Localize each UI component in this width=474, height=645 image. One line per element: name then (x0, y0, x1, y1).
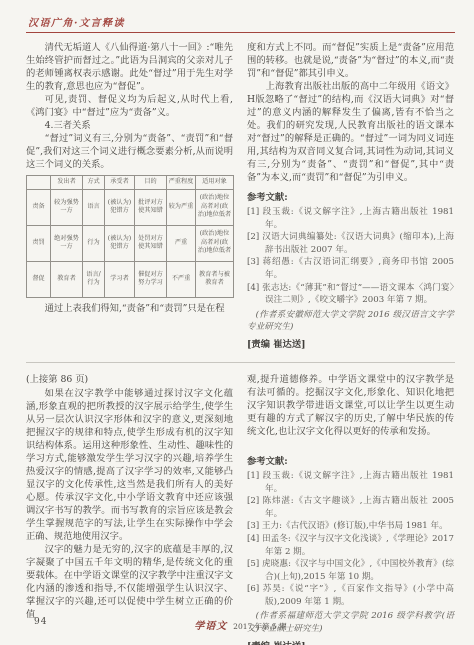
table-cell: 教育者 (51, 261, 83, 297)
journal-reference: 学语文 2017 年第 5 期 (26, 617, 455, 632)
paragraph: 度和方式上不同。而“督促”实质上是“责备”应用范围的转移。也就是说,“责备”为“… (247, 41, 454, 80)
table-cell: 较为严重 (167, 189, 196, 225)
table-cell: 批评对方使其知错 (135, 189, 167, 225)
table-cell: 督促 (27, 261, 51, 297)
editor-credit: [责编 崔达送] (247, 338, 454, 351)
table-header-cell (27, 176, 51, 190)
kicker-rule (26, 32, 455, 33)
paragraph: 清代无垢道人《八仙得道·第八十一回》:“唯先生始终管护而督过之。”此语为吕洞宾的… (26, 41, 233, 93)
table-cell: 教育者与被教育者 (196, 261, 234, 297)
reference-item: [5] 虎晓惠:《汉字与中国文化》,《中国校外教育》(综合)(上旬),2015 … (247, 558, 454, 583)
table-header-cell: 目的 (135, 176, 167, 190)
paragraph: 如果在汉字教学中能够通过探讨汉字文化蕴涵,形象直观的把所教授的汉字展示给学生,使… (26, 387, 233, 543)
article2-section: (上接第 86 页) 如果在汉字教学中能够通过探讨汉字文化蕴涵,形象直观的把所教… (26, 373, 455, 645)
subheading: 4.三者关系 (26, 119, 233, 132)
journal-name: 学语文 (194, 621, 227, 632)
reference-item: [4] 田孟冬:《汉字与汉字文化浅谈》,《学理论》2017 年第 2 期。 (247, 533, 454, 558)
table-header-cell: 方式 (83, 176, 105, 190)
table-header-cell: 严重程度 (167, 176, 196, 190)
paragraph: 观,提升道德修养。中学语文课堂中的汉字教学是有法可循的。挖掘汉字文化,形象化、知… (247, 373, 454, 438)
table-cell: 较为强势一方 (51, 189, 83, 225)
paragraph: 可见,责罚、督促义均为后起义,从时代上看,《鸿门宴》中“督过”应为“责备”义。 (26, 93, 233, 119)
journal-page: 汉语广角·文言释读 清代无垢道人《八仙得道·第八十一回》:“唯先生始终管护而督过… (0, 0, 474, 645)
table-cell: 绝对强势一方 (51, 225, 83, 261)
table-row: 督促 教育者 语言/行为 学习者 催促对方努力学习 不严重 教育者与被教育者 (27, 261, 234, 297)
reference-item: [4] 张志达:《“薄萁”和“督过”——语文课本〈鸿门宴〉误注二则》,《咬文嚼字… (247, 282, 454, 307)
table-cell: (被认为)犯错方 (105, 225, 135, 261)
editor-credit: [责编 崔达送] (247, 640, 454, 645)
continued-from-note: (上接第 86 页) (26, 373, 233, 386)
concept-analysis-table: 发出者 方式 承受者 目的 严重程度 适用对象 责备 较为强势一方 语言 (被认… (26, 175, 234, 298)
reference-item: [1] 段玉裁:《说文解字注》,上海古籍出版社 1981 年。 (247, 470, 454, 495)
reference-item: [2] 陈炜湛:《古文字趣谈》,上海古籍出版社 2005 年。 (247, 495, 454, 520)
reference-item: [3] 王力:《古代汉语》(修订版),中华书局 1981 年。 (247, 520, 454, 533)
reference-item: [1] 段玉裁:《说文解字注》,上海古籍出版社 1981 年。 (247, 206, 454, 231)
table-cell: 语言/行为 (83, 261, 105, 297)
table-cell: 处罚对方使其知错 (135, 225, 167, 261)
spacer (247, 438, 454, 448)
article1-right-column: 度和方式上不同。而“督促”实质上是“责备”应用范围的转移。也就是说,“责备”为“… (247, 41, 454, 351)
table-cell: 语言 (83, 189, 105, 225)
table-cell: 学习者 (105, 261, 135, 297)
table-row: 责备 较为强势一方 语言 (被认为)犯错方 批评对方使其知错 较为严重 (政治)… (27, 189, 234, 225)
article2-right-column: 观,提升道德修养。中学语文课堂中的汉字教学是有法可循的。挖掘汉字文化,形象化、知… (247, 373, 454, 645)
table-cell: 催促对方努力学习 (135, 261, 167, 297)
references-title: 参考文献: (247, 455, 454, 468)
reference-item: [2] 汉语大词典编纂处:《汉语大词典》(缩印本),上海辞书出版社 2007 年… (247, 231, 454, 256)
references-list: [1] 段玉裁:《说文解字注》,上海古籍出版社 1981 年。 [2] 陈炜湛:… (247, 470, 454, 609)
table-cell: (被认为)犯错方 (105, 189, 135, 225)
page-footer: 94 学语文 2017 年第 5 期 (26, 617, 455, 631)
table-header-row: 发出者 方式 承受者 目的 严重程度 适用对象 (27, 176, 234, 190)
article2-left-column: (上接第 86 页) 如果在汉字教学中能够通过探讨汉字文化蕴涵,形象直观的把所教… (26, 373, 233, 645)
paragraph: 汉字的魅力是无穷的,汉字的底蕴是丰厚的,汉字凝聚了中国五千年文明的精华,是传统文… (26, 543, 233, 621)
table-header-cell: 承受者 (105, 176, 135, 190)
article1-section: 清代无垢道人《八仙得道·第八十一回》:“唯先生始终管护而督过之。”此语为吕洞宾的… (26, 41, 455, 351)
table-cell: 责备 (27, 189, 51, 225)
paragraph: 上海教育出版社出版的高中二年级用《语文》H版忽略了“督过”的结构,而《汉语大词典… (247, 80, 454, 184)
references-list: [1] 段玉裁:《说文解字注》,上海古籍出版社 1981 年。 [2] 汉语大词… (247, 206, 454, 307)
table-cell: (政治)地位高者对(政治)地位低者 (196, 189, 234, 225)
author-note: (作者系安徽师范大学文学院 2016 级汉语言文字学专业研究生) (247, 309, 454, 334)
table-cell: 行为 (83, 225, 105, 261)
paragraph: “督过”词义有三,分别为“责备”、“责罚”和“督促”,我们对这三个词义进行概念要… (26, 132, 233, 171)
column-kicker: 汉语广角·文言释读 (26, 12, 455, 32)
references-title: 参考文献: (247, 191, 454, 204)
table-cell: 责罚 (27, 225, 51, 261)
reference-item: [3] 蒋绍愚:《古汉语词汇纲要》,商务印书馆 2005 年。 (247, 256, 454, 281)
section-divider (26, 362, 455, 363)
table-cell: 严重 (167, 225, 196, 261)
table-row: 责罚 绝对强势一方 行为 (被认为)犯错方 处罚对方使其知错 严重 (政治)地位… (27, 225, 234, 261)
table-header-cell: 适用对象 (196, 176, 234, 190)
paragraph: 通过上表我们得知,“责备”和“责罚”只是在程 (26, 302, 233, 315)
article1-left-column: 清代无垢道人《八仙得道·第八十一回》:“唯先生始终管护而督过之。”此语为吕洞宾的… (26, 41, 233, 351)
table-cell: 不严重 (167, 261, 196, 297)
journal-issue: 2017 年第 5 期 (233, 622, 287, 631)
reference-item: [6] 苏昊:《说“字”》,《百家作文指导》(小学中高版),2009 年第 1 … (247, 583, 454, 608)
table-cell: (政治)地位高者对(政治)地位低者 (196, 225, 234, 261)
table-header-cell: 发出者 (51, 176, 83, 190)
